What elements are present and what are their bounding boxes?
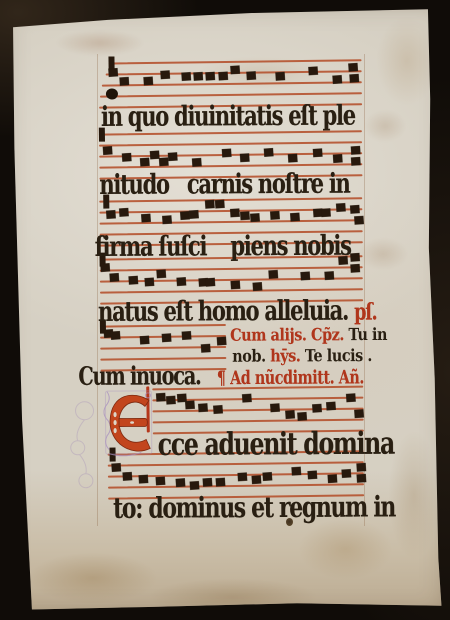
neume-note	[160, 71, 170, 80]
neume-note	[263, 472, 273, 481]
neume-note	[156, 393, 166, 402]
neume-note	[275, 72, 285, 81]
neume-note	[141, 214, 151, 223]
neume-note	[313, 149, 323, 158]
neume-note	[100, 263, 110, 272]
neume-note	[203, 478, 213, 487]
neume-note	[218, 72, 228, 81]
neume-note	[346, 393, 356, 402]
neume-note	[288, 154, 298, 163]
chant-text-line: to: dominus et regnum in	[113, 491, 395, 525]
neume-note	[350, 253, 360, 262]
neume-note	[270, 403, 280, 412]
staff-line	[100, 92, 362, 97]
chant-text: cce aduenit domina	[158, 425, 394, 463]
neume-note	[103, 146, 113, 155]
neume-note	[250, 213, 260, 222]
neume-note	[222, 149, 232, 158]
neume-note	[269, 270, 279, 279]
neume-note	[252, 475, 262, 484]
neume-note	[189, 210, 199, 219]
neume-note	[123, 472, 133, 481]
chant-text: firma ſuſci piens nobis	[95, 229, 351, 262]
neume-note	[321, 208, 331, 217]
chant-text: nitudo carnis noſtre in	[99, 167, 349, 200]
neume-note	[348, 63, 358, 72]
neume-note	[350, 264, 360, 273]
neume-note	[325, 271, 335, 280]
neume-note	[216, 478, 226, 487]
neume-note	[350, 205, 360, 214]
neume-note	[144, 77, 154, 86]
neume-note	[193, 72, 203, 81]
chant-text: in quo diuinitatis eſt ple	[101, 99, 355, 132]
rubric-text: ¶ Ad nũcdimitt. Añ.	[217, 367, 364, 390]
illuminated-initial-e	[103, 389, 154, 456]
staff-line	[99, 141, 362, 146]
staff-line	[153, 419, 364, 424]
neume-note	[242, 394, 252, 403]
neume-note	[140, 158, 150, 167]
neume-note	[180, 211, 190, 220]
manuscript-photo: in quo diuinitatis eſt ple nitudo carnis…	[0, 0, 450, 620]
neume-note	[240, 211, 250, 220]
neume-note	[201, 344, 211, 353]
staff-line	[100, 219, 363, 224]
rubric-line: Cum alijs. Cp̃z. Tu in	[230, 324, 387, 345]
neume-note	[129, 276, 139, 285]
neume-note	[354, 409, 364, 418]
neume-note	[112, 463, 122, 472]
neume-note	[357, 474, 367, 483]
neume-note	[213, 405, 223, 414]
neume-note	[333, 154, 343, 163]
neume-note	[122, 153, 132, 162]
neume-note	[120, 77, 130, 86]
neume-note	[185, 401, 195, 410]
clef-dot	[106, 88, 118, 99]
neume-note	[328, 474, 338, 483]
neume-note	[198, 403, 208, 412]
neume-note	[301, 272, 311, 281]
neume-note	[162, 333, 172, 342]
neume-note	[111, 331, 121, 340]
neume-note	[140, 336, 150, 345]
neume-note	[253, 282, 263, 291]
neume-note	[145, 278, 155, 287]
neume-note	[264, 148, 274, 157]
chant-text: Tu in	[348, 324, 387, 344]
neume-note	[206, 278, 216, 287]
neume-note	[139, 475, 149, 484]
neume-note	[176, 478, 186, 487]
neume-note	[168, 152, 178, 161]
neume-note	[238, 473, 248, 482]
staff-line	[102, 81, 362, 86]
neume-note	[205, 200, 215, 209]
neume-note	[357, 463, 367, 472]
neume-note	[162, 215, 172, 224]
neume-note	[290, 213, 300, 222]
neume-note	[230, 209, 240, 218]
parchment-leaf: in quo diuinitatis eſt ple nitudo carnis…	[0, 0, 450, 620]
neume-note	[156, 477, 166, 486]
neume-note	[106, 210, 116, 219]
neume-note	[231, 281, 241, 290]
neume-note	[297, 412, 307, 421]
neume-note	[308, 471, 318, 480]
neume-note	[270, 211, 280, 220]
chant-text-line: Cum inuoca. ¶ Ad nũcdimitt. Añ.	[78, 360, 364, 391]
neume-note	[246, 71, 256, 80]
neume-note	[150, 151, 160, 160]
neume-note	[285, 410, 295, 419]
neume-note	[217, 337, 227, 346]
neume-note	[192, 158, 202, 167]
rubric-text: Cum alijs. Cp̃z.	[230, 324, 348, 345]
neume-note	[326, 402, 336, 411]
neume-note	[182, 331, 192, 340]
chant-text-line: natus eſt homo alleluia. pſ.	[98, 294, 377, 327]
neume-note	[336, 203, 346, 212]
neume-note	[159, 158, 169, 167]
chant-text-line: firma ſuſci piens nobis	[95, 229, 351, 262]
neume-note	[351, 157, 361, 166]
neume-note	[354, 216, 364, 225]
chant-text: natus eſt homo alleluia.	[98, 294, 354, 327]
neume-note	[351, 146, 361, 155]
neume-note	[177, 277, 187, 286]
staff-line	[100, 266, 363, 271]
neume-note	[108, 68, 118, 77]
chant-text: to: dominus et regnum in	[113, 491, 395, 525]
margin-penwork-flourish	[64, 393, 101, 511]
neume-note	[110, 273, 120, 282]
chant-text-line: nitudo carnis noſtre in	[99, 167, 349, 200]
neume-note	[308, 67, 318, 76]
neume-note	[230, 66, 240, 75]
chant-text-line: cce aduenit domina	[158, 425, 394, 463]
chant-text-line: in quo diuinitatis eſt ple	[101, 99, 355, 132]
staff-line	[113, 59, 362, 64]
staff-line	[108, 483, 364, 488]
neume-note	[312, 404, 322, 413]
neume-note	[215, 200, 225, 209]
neume-note	[350, 74, 360, 83]
neume-note	[119, 208, 129, 217]
chant-text: Cum inuoca.	[78, 361, 217, 391]
neume-note	[181, 72, 191, 81]
neume-note	[166, 396, 176, 405]
neume-note	[240, 153, 250, 162]
neume-note	[205, 72, 215, 81]
neume-note	[157, 270, 167, 279]
page-content: in quo diuinitatis eſt ple nitudo carnis…	[0, 0, 450, 620]
neume-note	[342, 469, 352, 478]
neume-note	[292, 467, 302, 476]
neume-note	[333, 75, 343, 84]
neume-note	[190, 481, 200, 490]
psalm-abbreviation-rubric: pſ.	[354, 298, 376, 326]
